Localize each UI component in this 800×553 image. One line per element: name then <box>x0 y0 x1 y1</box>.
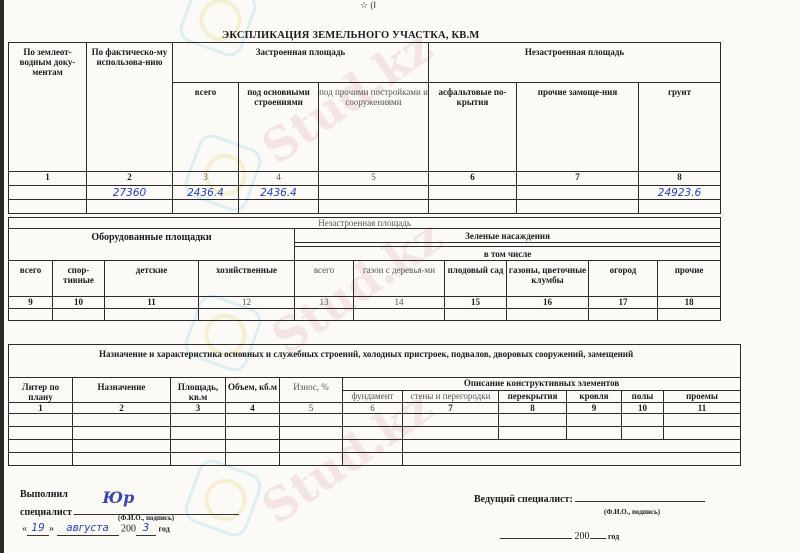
page-edge <box>0 0 4 553</box>
header-wear: Износ, % <box>280 378 343 403</box>
buildings-characteristics-table: Назначение и характеристика основных и с… <box>8 344 741 466</box>
empty-cell[interactable] <box>73 440 171 453</box>
empty-cell[interactable] <box>9 453 73 466</box>
date-month-field[interactable]: августа <box>57 522 119 536</box>
col-number: 2 <box>87 172 173 186</box>
empty-cell[interactable] <box>9 200 87 214</box>
col-number: 4 <box>226 403 280 414</box>
empty-cell[interactable] <box>199 309 295 321</box>
header-construct-elements: Описание конструктивных элементов <box>343 378 741 391</box>
header-other-paving: прочие замоще-ния <box>517 83 639 172</box>
col-number: 6 <box>343 403 403 414</box>
col-number: 5 <box>280 403 343 414</box>
empty-cell[interactable] <box>73 453 171 466</box>
empty-cell[interactable] <box>403 414 499 427</box>
unbuilt-area-table: Незастроенная площадь Оборудованные площ… <box>8 217 721 321</box>
empty-cell[interactable] <box>517 200 639 214</box>
lead-date-field[interactable] <box>500 527 572 539</box>
header-unbuilt-area: Незастроенная площадь <box>429 43 721 83</box>
col-number: 10 <box>622 403 664 414</box>
empty-cell[interactable] <box>173 200 239 214</box>
col-number: 9 <box>567 403 622 414</box>
empty-cell[interactable] <box>73 414 171 427</box>
lead-date-block: 200 год <box>500 527 619 543</box>
empty-cell[interactable] <box>280 440 343 453</box>
quote-close: » <box>49 523 54 534</box>
empty-cell[interactable] <box>567 414 622 427</box>
header-foundation: фундамент <box>343 390 403 403</box>
col-number: 16 <box>507 297 589 309</box>
col-number: 1 <box>9 403 73 414</box>
empty-cell[interactable] <box>622 427 664 440</box>
header-walls: стены и перегородки <box>403 390 499 403</box>
col-number: 12 <box>199 297 295 309</box>
header-other: прочие <box>658 261 721 297</box>
header-lawn-with-trees: газон с деревья-ми <box>354 261 445 297</box>
empty-cell[interactable] <box>280 427 343 440</box>
empty-cell[interactable] <box>280 453 343 466</box>
header-volume: Объем, кб.м <box>226 378 280 403</box>
year-prefix: 200 <box>121 523 136 534</box>
empty-cell[interactable] <box>295 309 354 321</box>
header-purpose: Назначение <box>73 378 171 403</box>
header-other-buildings: под прочими постройками и сооружениями <box>319 83 429 172</box>
col-number: 13 <box>295 297 354 309</box>
col-number: 11 <box>105 297 199 309</box>
header-letter-on-plan: Литер по плану <box>9 378 73 403</box>
col-number: 3 <box>171 403 226 414</box>
empty-cell[interactable] <box>499 414 567 427</box>
empty-cell[interactable] <box>622 414 664 427</box>
signature: Юр <box>102 491 134 504</box>
value-cell[interactable] <box>9 186 87 200</box>
header-green-total: всего <box>295 261 354 297</box>
fio-caption: (Ф.И.О., подпись) <box>118 514 174 522</box>
empty-cell[interactable] <box>499 427 567 440</box>
date-block: «19» августа 2003 год <box>22 522 170 536</box>
empty-cell[interactable] <box>226 440 280 453</box>
header-by-actual-use: По фактическо-му использова-нию <box>87 43 173 172</box>
col-number: 5 <box>319 172 429 186</box>
empty-cell[interactable] <box>73 427 171 440</box>
header-orchard: плодовый сад <box>445 261 507 297</box>
empty-cell[interactable] <box>343 427 403 440</box>
col-number: 14 <box>354 297 445 309</box>
lead-specialist-block: Ведущий специалист: <box>474 490 705 506</box>
col-number: 1 <box>9 172 87 186</box>
empty-cell[interactable] <box>226 427 280 440</box>
header-ground: грунт <box>639 83 721 172</box>
empty-cell[interactable] <box>664 414 741 427</box>
lead-year-field[interactable] <box>590 527 606 539</box>
header-green-plantings: Зеленые насаждения <box>295 229 721 243</box>
header-lawns-flowerbeds: газоны, цветочные клумбы <box>507 261 589 297</box>
header-children: детские <box>105 261 199 297</box>
land-explication-table: По землеот-водным доку-ментам По фактиче… <box>8 42 721 214</box>
empty-cell[interactable] <box>354 309 445 321</box>
header-openings: проемы <box>664 390 741 403</box>
empty-cell[interactable] <box>226 414 280 427</box>
empty-cell[interactable] <box>403 427 499 440</box>
header-equipped-areas: Оборудованные площадки <box>9 229 295 261</box>
lead-year-prefix: 200 <box>575 531 590 542</box>
header-unbuilt-area: Незастроенная площадь <box>9 218 721 229</box>
header-floor: полы <box>622 390 664 403</box>
header-including: в том числе <box>295 247 721 261</box>
header-roof: кровля <box>567 390 622 403</box>
col-number: 11 <box>664 403 741 414</box>
header-built-area: Застроенная площадь <box>173 43 429 83</box>
col-number: 3 <box>173 172 239 186</box>
header-asphalt: асфальтовые по-крытия <box>429 83 517 172</box>
stamp-mark: ☆ (Ⅰ <box>360 0 376 11</box>
value-built-total[interactable]: 2436.4 <box>173 186 239 200</box>
value-asphalt[interactable] <box>429 186 517 200</box>
empty-cell[interactable] <box>226 453 280 466</box>
empty-cell[interactable] <box>105 309 199 321</box>
header-area: Площадь, кв.м <box>171 378 226 403</box>
empty-cell[interactable] <box>343 440 403 453</box>
header-floors-ceilings: перекрытия <box>499 390 567 403</box>
empty-cell[interactable] <box>343 453 403 466</box>
empty-cell[interactable] <box>429 200 517 214</box>
col-number: 18 <box>658 297 721 309</box>
value-ground[interactable]: 24923.6 <box>639 186 721 200</box>
empty-cell[interactable] <box>445 309 507 321</box>
header-by-land-documents: По землеот-водным доку-ментам <box>9 43 87 172</box>
empty-cell[interactable] <box>53 309 105 321</box>
empty-cell[interactable] <box>171 440 226 453</box>
empty-cell[interactable] <box>664 427 741 440</box>
value-actual-use[interactable]: 27360 <box>87 186 173 200</box>
empty-cell[interactable] <box>239 200 319 214</box>
header-sports: спор-тивные <box>53 261 105 297</box>
document-title: ЭКСПЛИКАЦИЯ ЗЕМЕЛЬНОГО УЧАСТКА, КВ.М <box>222 30 479 41</box>
col-number: 8 <box>499 403 567 414</box>
empty-cell[interactable] <box>507 309 589 321</box>
empty-cell[interactable] <box>319 200 429 214</box>
value-other-buildings[interactable] <box>319 186 429 200</box>
lead-year-word: год <box>608 532 619 541</box>
empty-cell[interactable] <box>589 309 658 321</box>
col-number: 9 <box>9 297 53 309</box>
empty-cell[interactable] <box>343 414 403 427</box>
empty-cell[interactable] <box>403 440 741 453</box>
col-number: 17 <box>589 297 658 309</box>
lead-fio-caption: (Ф.И.О., подпись) <box>604 508 660 516</box>
empty-cell[interactable] <box>171 453 226 466</box>
empty-cell[interactable] <box>9 427 73 440</box>
empty-cell[interactable] <box>9 440 73 453</box>
col-number: 6 <box>429 172 517 186</box>
date-year-field[interactable]: 3 <box>136 522 156 536</box>
empty-cell[interactable] <box>9 414 73 427</box>
empty-cell[interactable] <box>171 414 226 427</box>
empty-cell[interactable] <box>87 200 173 214</box>
date-day-field[interactable]: 19 <box>27 522 49 536</box>
col-number: 7 <box>403 403 499 414</box>
empty-cell[interactable] <box>403 453 741 466</box>
year-word: год <box>159 524 170 533</box>
col-number: 15 <box>445 297 507 309</box>
value-main-buildings[interactable]: 2436.4 <box>239 186 319 200</box>
table3-title: Назначение и характеристика основных и с… <box>9 345 741 378</box>
header-vegetable-garden: огород <box>589 261 658 297</box>
col-number: 2 <box>73 403 171 414</box>
specialist-label: специалист <box>20 507 72 518</box>
empty-cell[interactable] <box>171 427 226 440</box>
col-number: 10 <box>53 297 105 309</box>
header-built-total: всего <box>173 83 239 172</box>
empty-cell[interactable] <box>567 427 622 440</box>
header-household: хозяйственные <box>199 261 295 297</box>
col-number: 4 <box>239 172 319 186</box>
specialist-signature-field[interactable]: Юр <box>74 501 239 515</box>
col-number: 7 <box>517 172 639 186</box>
lead-specialist-label: Ведущий специалист: <box>474 494 573 505</box>
empty-cell[interactable] <box>9 309 53 321</box>
header-equipped-total: всего <box>9 261 53 297</box>
header-main-buildings: под основными строениями <box>239 83 319 172</box>
value-other-paving[interactable] <box>517 186 639 200</box>
lead-signature-field[interactable] <box>575 490 705 502</box>
empty-cell[interactable] <box>280 414 343 427</box>
empty-cell[interactable] <box>639 200 721 214</box>
col-number: 8 <box>639 172 721 186</box>
empty-cell[interactable] <box>658 309 721 321</box>
